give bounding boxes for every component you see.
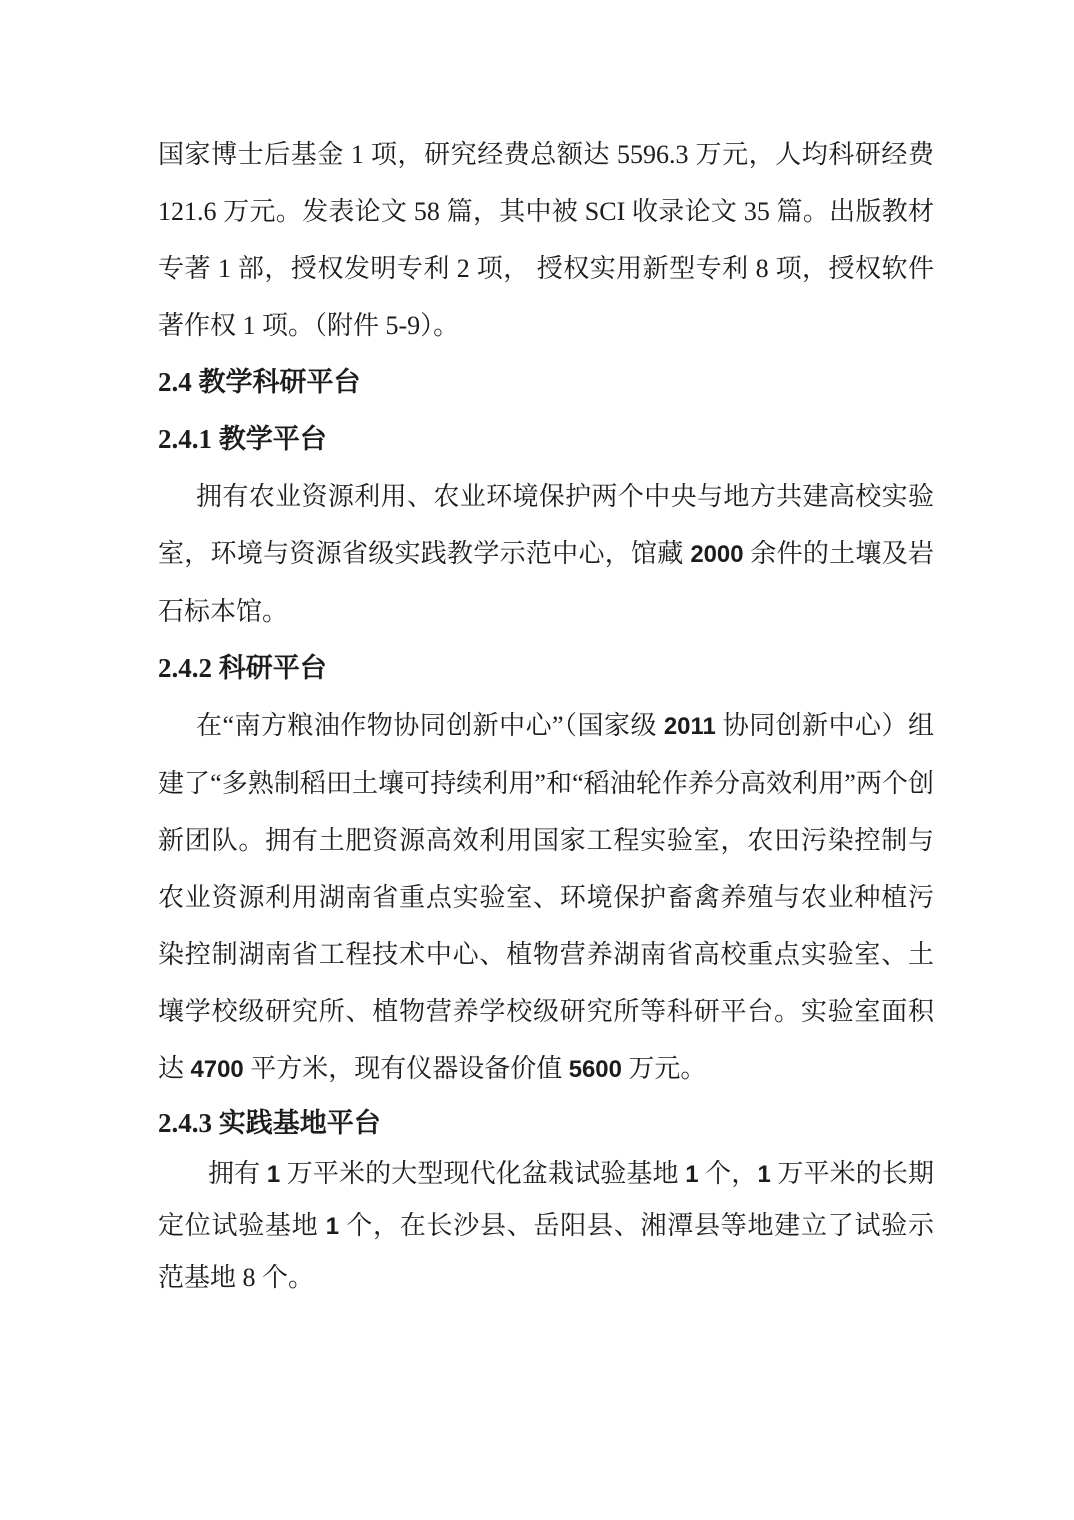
heading-2-4-teaching-research-platform: 2.4 教学科研平台 — [158, 354, 934, 411]
heading-2-4-1-teaching-platform: 2.4.1 教学平台 — [158, 411, 934, 468]
paragraph-practice-base: 拥有 1 万平米的大型现代化盆栽试验基地 1 个，1 万平米的长期定位试验基地 … — [158, 1148, 934, 1303]
text-run: 1 — [685, 1161, 698, 1188]
heading-2-4-2-research-platform: 2.4.2 科研平台 — [158, 640, 934, 697]
text-run: 在“南方粮油作物协同创新中心”（国家级 — [196, 711, 664, 740]
text-run: 1 — [326, 1213, 339, 1240]
paragraph-research-output: 国家博士后基金 1 项，研究经费总额达 5596.3 万元，人均科研经费 121… — [158, 126, 934, 354]
text-run: 2011 — [664, 713, 716, 740]
paragraph-research-platform: 在“南方粮油作物协同创新中心”（国家级 2011 协同创新中心）组建了“多熟制稻… — [158, 697, 934, 1098]
text-run: 国家博士后基金 1 项，研究经费总额达 5596.3 万元，人均科研经费 121… — [158, 140, 934, 340]
text-run: 协同创新中心）组建了“多熟制稻田土壤可持续利用”和“稻油轮作养分高效利用”两个创… — [158, 711, 934, 1083]
text-run: 万平米的大型现代化盆栽试验基地 — [280, 1159, 685, 1188]
text-run: 万元。 — [622, 1054, 707, 1083]
document-page: 国家博士后基金 1 项，研究经费总额达 5596.3 万元，人均科研经费 121… — [0, 0, 1074, 1520]
text-run: 个， — [699, 1159, 758, 1188]
text-run: 平方米，现有仪器设备价值 — [244, 1054, 569, 1083]
text-run: 4700 — [191, 1056, 244, 1083]
text-run: 1 — [267, 1161, 280, 1188]
paragraph-teaching-platform: 拥有农业资源利用、农业环境保护两个中央与地方共建高校实验室，环境与资源省级实践教… — [158, 468, 934, 640]
text-run: 5600 — [569, 1056, 622, 1083]
text-run: 2000 — [690, 541, 743, 568]
text-run: 拥有 — [208, 1159, 267, 1188]
heading-2-4-3-practice-base-platform: 2.4.3 实践基地平台 — [158, 1098, 934, 1148]
text-run: 1 — [757, 1161, 770, 1188]
